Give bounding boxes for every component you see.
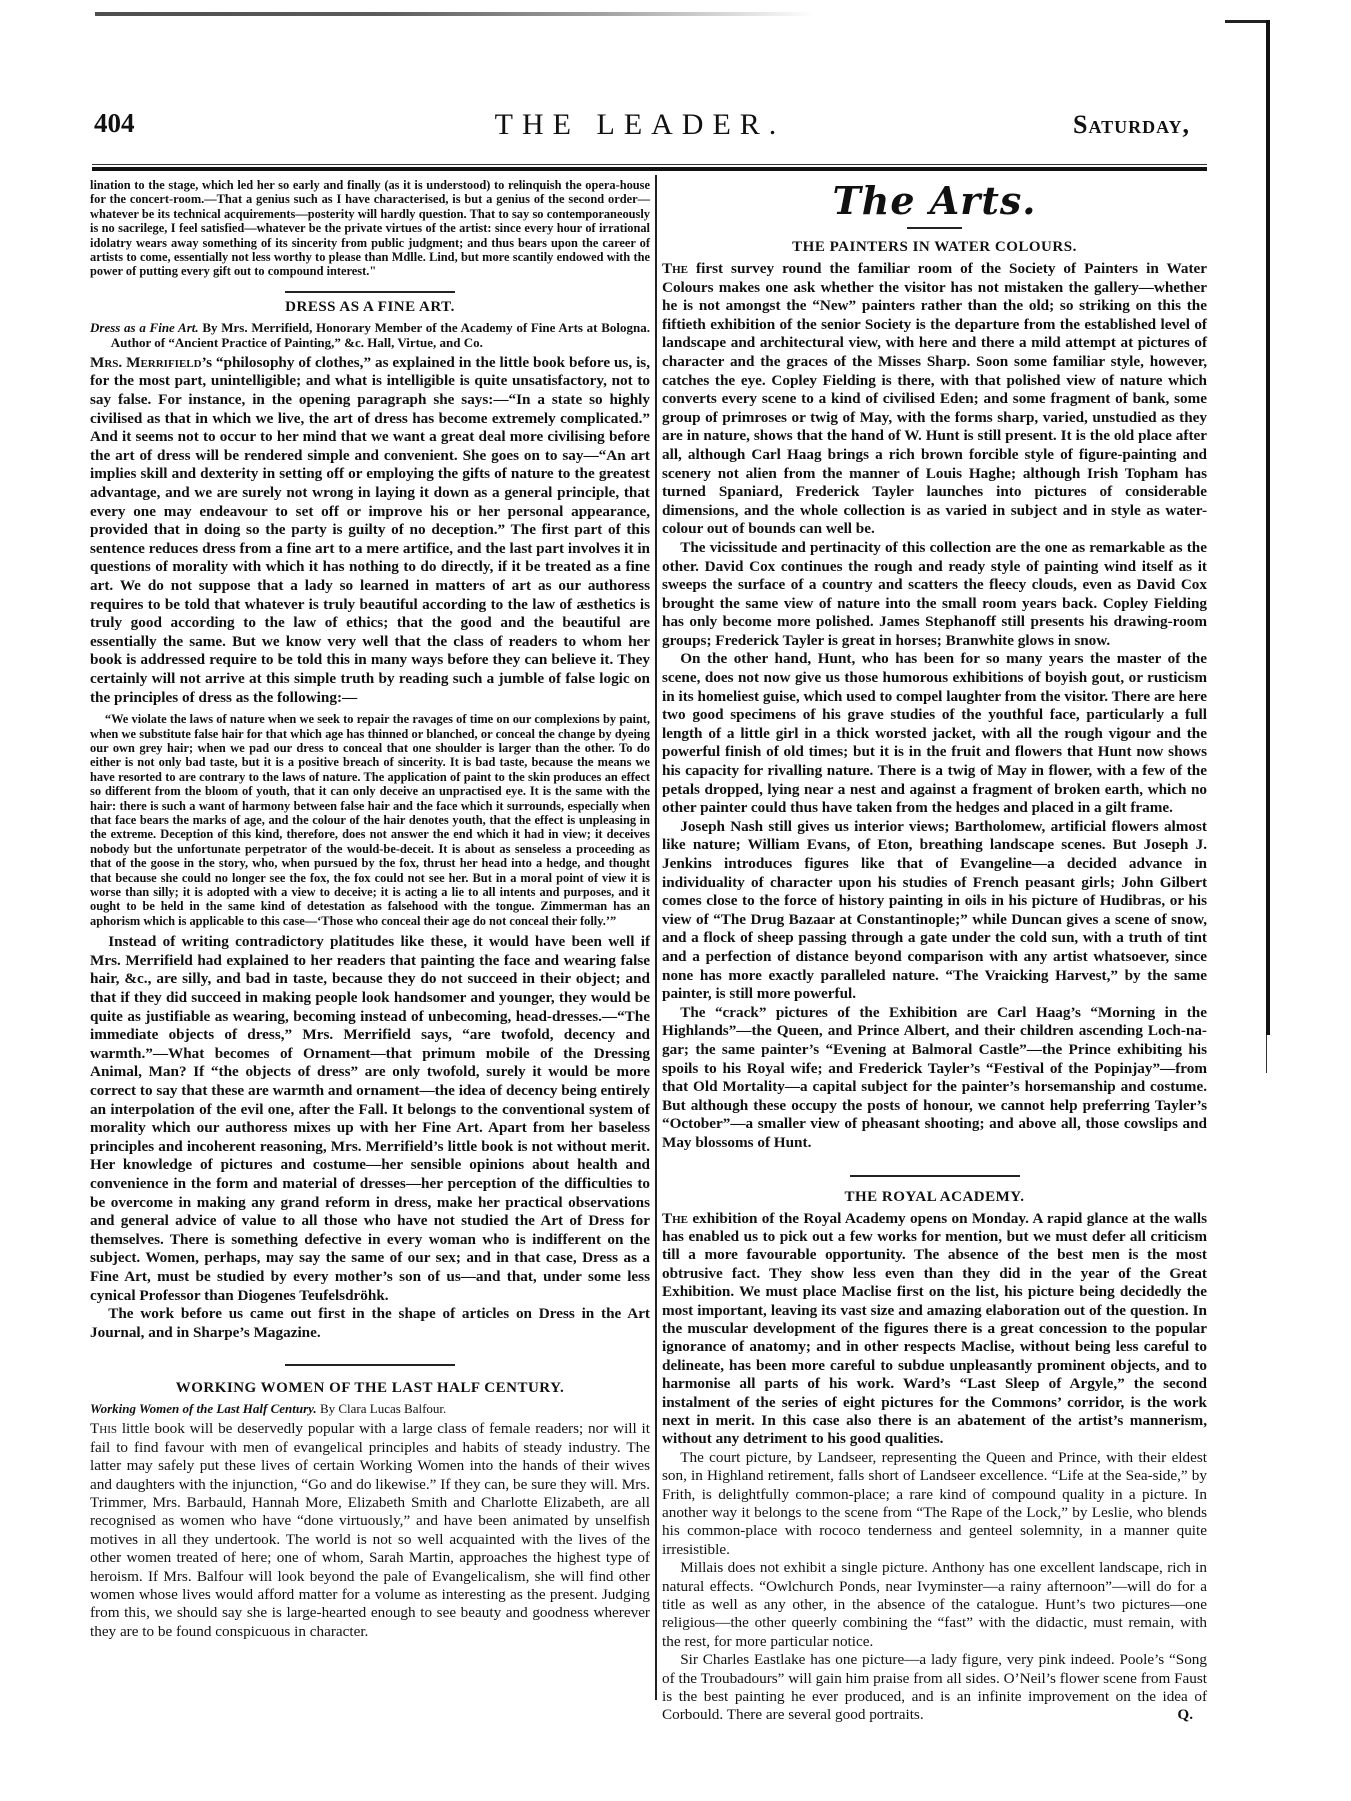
- page-frame-right: [1266, 20, 1270, 1035]
- article-paragraph: Instead of writing contradictory platitu…: [90, 933, 650, 1305]
- section-rule: [285, 1364, 455, 1366]
- book-title: Working Women of the Last Half Century.: [90, 1401, 317, 1416]
- section-rule: [850, 1175, 1020, 1177]
- masthead: 404 THE LEADER. Saturday,: [70, 108, 1210, 148]
- article-paragraph: The first survey round the familiar room…: [662, 260, 1207, 539]
- continued-text: lination to the stage, which led her so …: [90, 178, 650, 279]
- column-divider: [655, 175, 657, 1700]
- article-royal-academy: THE ROYAL ACADEMY. The exhibition of the…: [662, 1189, 1207, 1725]
- article-dress-as-fine-art: DRESS AS A FINE ART. Dress as a Fine Art…: [90, 299, 650, 1342]
- lead-in: The: [662, 1210, 688, 1227]
- article-paragraph: Sir Charles Eastlake has one picture—a l…: [662, 1651, 1207, 1725]
- section-title-the-arts: The Arts.: [662, 178, 1207, 223]
- article-paragraph: The exhibition of the Royal Academy open…: [662, 1210, 1207, 1449]
- left-column: lination to the stage, which led her so …: [90, 178, 650, 1641]
- page-frame-corner: [1225, 20, 1270, 23]
- issue-day: Saturday,: [1073, 110, 1190, 140]
- article-painters-water-colours: THE PAINTERS IN WATER COLOURS. The first…: [662, 239, 1207, 1153]
- section-rule: [285, 291, 455, 293]
- lead-in: The: [662, 260, 688, 277]
- masthead-rule-thin: [92, 164, 1207, 165]
- section-rule: [907, 227, 962, 229]
- article-paragraph: The court picture, by Landseer, represen…: [662, 1449, 1207, 1559]
- bibliographic-note: Dress as a Fine Art. By Mrs. Merrifield,…: [90, 320, 650, 350]
- article-paragraph: Mrs. Merrifield’s “philosophy of clothes…: [90, 354, 650, 707]
- article-paragraph: The “crack” pictures of the Exhibition a…: [662, 1004, 1207, 1153]
- lead-in: This: [90, 1420, 117, 1437]
- bibliographic-note: Working Women of the Last Half Century. …: [90, 1401, 650, 1416]
- article-heading: THE PAINTERS IN WATER COLOURS.: [662, 239, 1207, 256]
- article-working-women: WORKING WOMEN OF THE LAST HALF CENTURY. …: [90, 1380, 650, 1641]
- book-details: By Clara Lucas Balfour.: [317, 1401, 447, 1416]
- page-frame-right-thin: [1266, 1035, 1267, 1073]
- book-title: Dress as a Fine Art.: [90, 320, 199, 335]
- article-heading: WORKING WOMEN OF THE LAST HALF CENTURY.: [90, 1380, 650, 1397]
- article-heading: DRESS AS A FINE ART.: [90, 299, 650, 316]
- block-quote: “We violate the laws of nature when we s…: [90, 712, 650, 928]
- article-paragraph: This little book will be deservedly popu…: [90, 1420, 650, 1641]
- masthead-rule-thick: [92, 167, 1207, 171]
- article-paragraph: Joseph Nash still gives us interior view…: [662, 818, 1207, 1004]
- right-column: The Arts. THE PAINTERS IN WATER COLOURS.…: [662, 178, 1207, 1725]
- article-paragraph: The work before us came out first in the…: [90, 1305, 650, 1342]
- article-paragraph: The vicissitude and pertinacity of this …: [662, 539, 1207, 651]
- article-paragraph: Millais does not exhibit a single pictur…: [662, 1559, 1207, 1651]
- scan-edge-noise: [95, 12, 815, 16]
- newspaper-title: THE LEADER.: [70, 108, 1210, 142]
- lead-in: Mrs. Merrifield: [90, 354, 202, 371]
- article-paragraph: On the other hand, Hunt, who has been fo…: [662, 650, 1207, 817]
- author-signoff: Q.: [1159, 1706, 1193, 1724]
- article-heading: THE ROYAL ACADEMY.: [662, 1189, 1207, 1206]
